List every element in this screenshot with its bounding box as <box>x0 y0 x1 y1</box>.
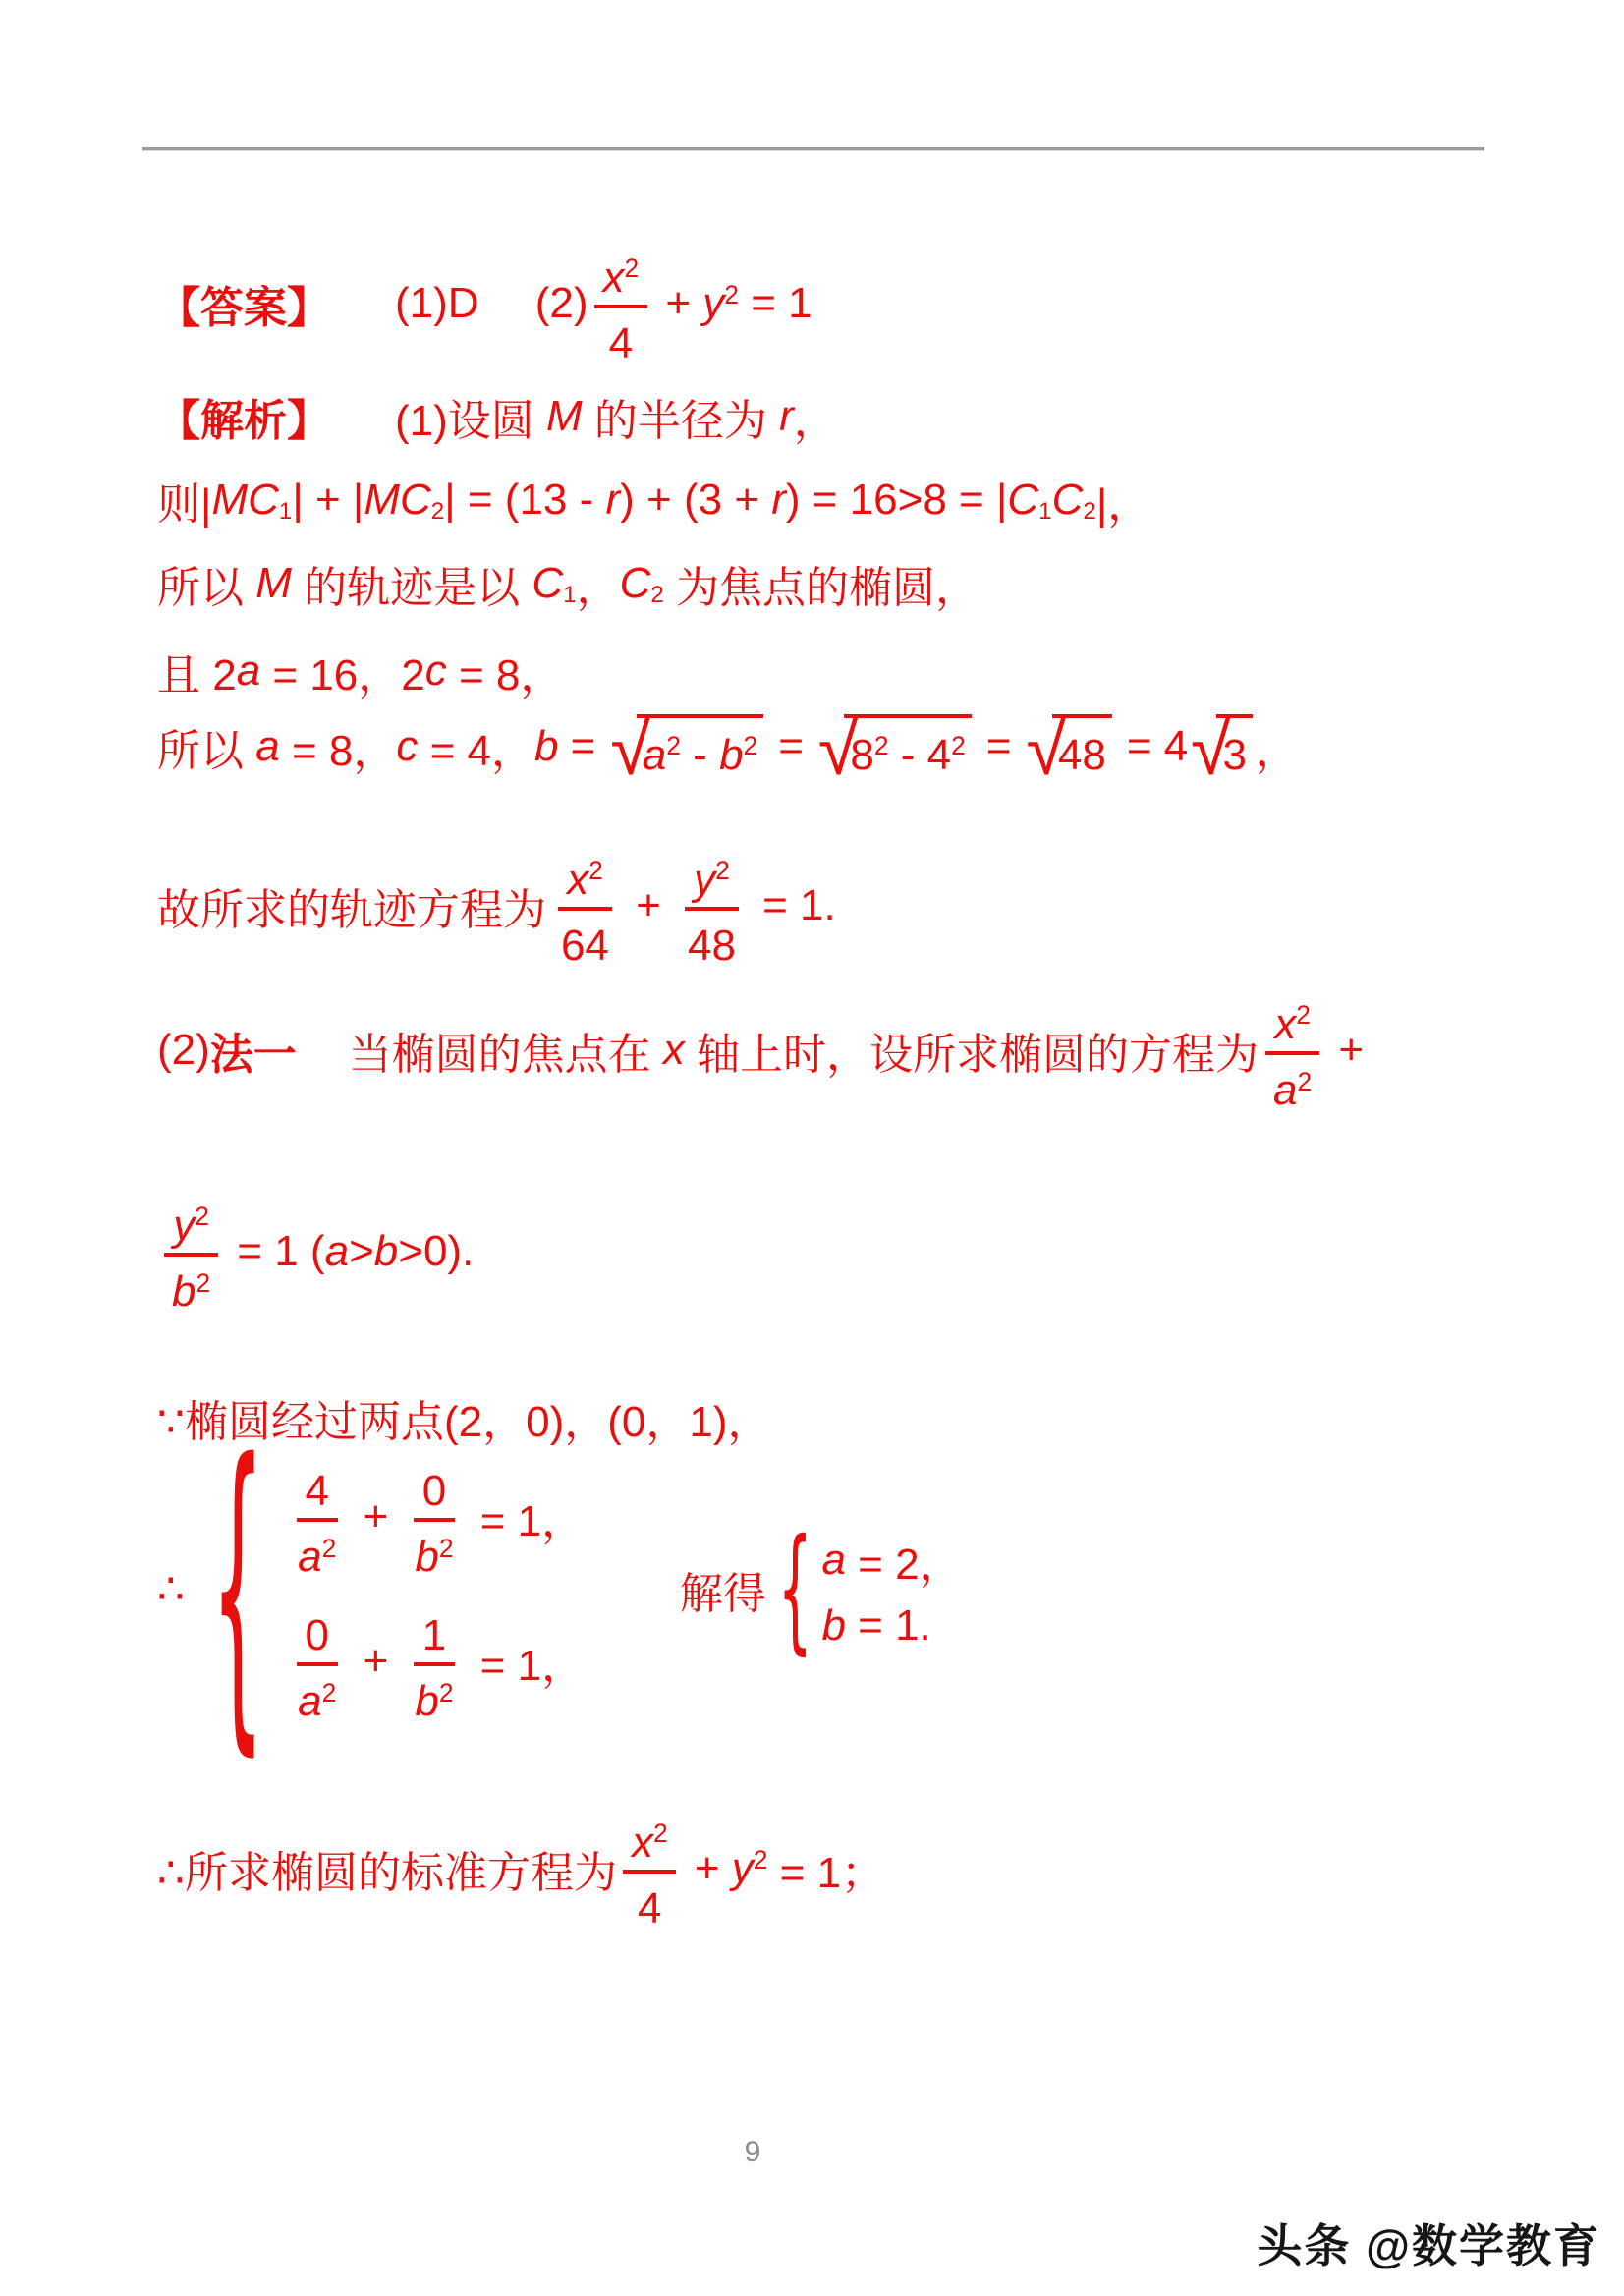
math-superscript-group: y2 <box>173 1204 209 1248</box>
math-superscript-group: x2 <box>632 1821 668 1865</box>
standard-equation-line: ∴所求椭圆的标准方程为x24 + y2 = 1； <box>157 1806 884 1932</box>
method1-setup-line: (2)法一当椭圆的焦点在 x 轴上时，设所求椭圆的方程为x2a2 + <box>157 987 1364 1114</box>
math-radical: √a2 - b2 <box>610 714 763 780</box>
math-radical: √48 <box>1026 714 1112 780</box>
math-subscript-group: C2 <box>400 476 444 525</box>
math-subscript-group: C1 <box>532 559 576 608</box>
math-superscript-group: b2 <box>719 734 757 777</box>
radical-sign-icon: √ <box>1191 712 1231 786</box>
math-fraction: y2b2 <box>163 1189 219 1316</box>
locus-conclusion-line: 所以 M 的轨迹是以 C1，C2 为焦点的椭圆， <box>157 552 979 615</box>
radius-sum-equation-line: 则|MC1| + |MC2| = (13 - r) + (3 + r) = 16… <box>157 469 1150 532</box>
analysis-intro-line: 【解析】(1)设圆 M 的半径为 r， <box>157 385 837 448</box>
math-superscript-group: a2 <box>1273 1069 1312 1112</box>
math-radical: √82 - 42 <box>818 714 972 780</box>
left-brace-icon: { <box>778 1536 812 1644</box>
math-superscript-group: b2 <box>172 1270 210 1314</box>
page-number: 9 <box>690 2136 815 2169</box>
math-fraction: y248 <box>679 843 745 970</box>
math-subscript-group: C2 <box>620 559 664 608</box>
math-superscript-group: x2 <box>567 859 603 902</box>
watermark: 头条 @数学教育 <box>1257 2211 1600 2275</box>
math-cases-system: {4a2 + 0b2 = 1，0a2 + 1b2 = 1， <box>185 1454 585 1725</box>
math-fraction: 0a2 <box>289 1598 345 1725</box>
radical-sign-icon: √ <box>610 712 650 786</box>
math-superscript-group: a2 <box>298 1536 336 1579</box>
radical-sign-icon: √ <box>818 712 859 786</box>
math-superscript-group: x2 <box>1274 1003 1311 1046</box>
document-page: 【答案】(1)D(2)x24 + y2 = 1 【解析】(1)设圆 M 的半径为… <box>0 0 1624 2296</box>
math-radical: √3 <box>1191 714 1253 780</box>
top-horizontal-rule <box>142 147 1484 151</box>
answer-line: 【答案】(1)D(2)x24 + y2 = 1 <box>157 241 812 367</box>
math-superscript-group: y2 <box>702 279 739 328</box>
math-fraction: 4a2 <box>289 1454 345 1581</box>
math-fraction: x2a2 <box>1264 987 1320 1114</box>
math-cases-system: {a = 2，b = 1. <box>766 1529 963 1651</box>
axis-values-line: 且 2a = 16，2c = 8， <box>157 640 563 702</box>
math-fraction: 1b2 <box>407 1598 463 1725</box>
math-subscript-group: C2 <box>1052 476 1096 525</box>
left-brace-icon: { <box>211 1456 264 1723</box>
math-fraction: 0b2 <box>407 1454 463 1581</box>
math-fraction: x264 <box>552 843 618 970</box>
math-superscript-group: y2 <box>732 1844 768 1893</box>
math-superscript-group: y2 <box>694 859 730 902</box>
radical-sign-icon: √ <box>1026 712 1066 786</box>
math-superscript-group: b2 <box>415 1680 453 1723</box>
math-superscript-group: a2 <box>298 1680 336 1723</box>
math-superscript-group: 42 <box>927 734 966 777</box>
math-superscript-group: x2 <box>602 256 639 300</box>
locus-equation-line: 故所求的轨迹方程为x264 + y248 = 1. <box>157 843 836 970</box>
math-subscript-group: C1 <box>1007 476 1051 525</box>
math-fraction: x24 <box>623 1806 676 1932</box>
math-superscript-group: b2 <box>415 1536 453 1579</box>
math-fraction: x24 <box>594 241 647 367</box>
b-computation-line: 所以 a = 8，c = 4，b = √a2 - b2 = √82 - 42 =… <box>157 714 1299 780</box>
setup-continued-line: y2b2 = 1 (a>b>0). <box>157 1189 474 1316</box>
equation-system-line: ∴{4a2 + 0b2 = 1，0a2 + 1b2 = 1，解得{a = 2，b… <box>157 1454 963 1725</box>
math-subscript-group: C1 <box>248 476 292 525</box>
